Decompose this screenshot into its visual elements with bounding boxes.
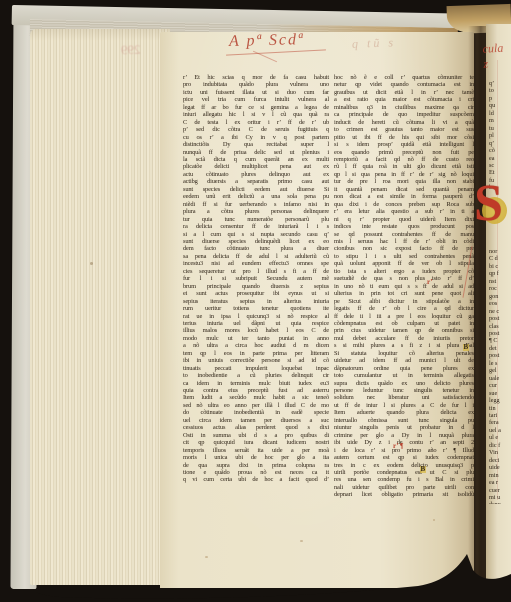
foxing-speck <box>90 262 93 265</box>
show-through-folio-number: 299 <box>121 42 141 59</box>
yellow-highlighted-letter: B <box>420 466 426 473</box>
fore-edge-page-stack <box>30 29 170 585</box>
facing-page-running-title: cula z <box>482 40 511 71</box>
faded-inscription: q tũ s <box>352 35 397 52</box>
manuscript-running-title: A pª Scdª <box>229 31 305 51</box>
text-column-left: r’ Et hic scias q mor de fa casu habuit … <box>183 74 329 484</box>
red-paragraph-mark: r’ <box>427 279 433 286</box>
facing-column-fragment-bottom: nor C d bi c qp f nst roc gon eos ne c p… <box>489 248 510 504</box>
foxing-speck <box>433 519 435 521</box>
text-column-right: hoc nõ ẽ e coll r’ quartus cõmuniter te … <box>334 74 474 499</box>
red-pilcrow-mark: r’ ¶ <box>393 443 404 450</box>
bottom-shadow-curve <box>0 538 511 602</box>
book-photograph: 299 A pª Scdª q tũ s cula z r’ Et hic sc… <box>0 0 511 602</box>
rubricated-initial: S <box>474 178 503 230</box>
yellow-highlighted-letter: B <box>463 344 469 351</box>
